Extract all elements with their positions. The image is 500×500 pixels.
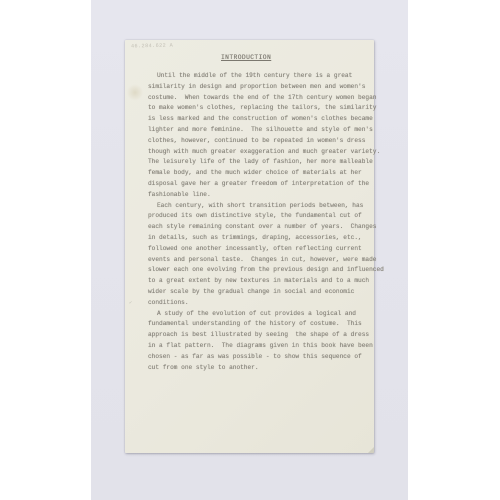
text-line: to a great extent by new textures in mat…: [148, 276, 374, 287]
screenshot-root: 46.284.622 A INTRODUCTION Until the midd…: [0, 0, 500, 500]
text-line: The leisurely life of the lady of fashio…: [148, 157, 374, 168]
document-page: 46.284.622 A INTRODUCTION Until the midd…: [125, 40, 374, 453]
text-line: though with much greater exaggeration an…: [148, 147, 374, 158]
text-line: approach is best illustrated by seeing t…: [148, 330, 374, 341]
text-line: in a flat pattern. The diagrams given in…: [148, 341, 374, 352]
text-line: disposal gave her a greater freedom of i…: [148, 179, 374, 190]
paragraph-1: Until the middle of the 19th century the…: [148, 71, 374, 201]
text-line: Each century, with short transition peri…: [148, 201, 374, 212]
text-line: Until the middle of the 19th century the…: [148, 71, 374, 82]
text-line: similarity in design and proportion betw…: [148, 82, 374, 93]
text-line: A study of the evolution of cut provides…: [148, 309, 374, 320]
text-line: slower each one evolving from the previo…: [148, 265, 374, 276]
page-title: INTRODUCTION: [221, 54, 271, 61]
paragraph-3: A study of the evolution of cut provides…: [148, 309, 374, 374]
text-line: cut from one style to another.: [148, 363, 374, 374]
text-line: each style remaining constant over a num…: [148, 222, 374, 233]
corner-fold: [368, 447, 374, 453]
document-body: Until the middle of the 19th century the…: [148, 71, 374, 373]
text-line: wider scale by the gradual change in soc…: [148, 287, 374, 298]
text-line: in details, such as trimmings, draping, …: [148, 233, 374, 244]
text-line: clothes, however, continued to be repeat…: [148, 136, 374, 147]
paper-stain: [127, 84, 143, 101]
text-line: conditions.: [148, 298, 374, 309]
text-line: costume. When towards the end of the 17t…: [148, 93, 374, 104]
text-line: chosen - as far as was possible - to sho…: [148, 352, 374, 363]
paragraph-2: Each century, with short transition peri…: [148, 201, 374, 309]
text-line: followed one another incessantly, often …: [148, 244, 374, 255]
text-line: is less marked and the construction of w…: [148, 114, 374, 125]
text-line: fashionable line.: [148, 190, 374, 201]
pencil-tick: ✓: [129, 300, 133, 306]
text-line: fundamental understanding of the history…: [148, 319, 374, 330]
text-line: events and personal taste. Changes in cu…: [148, 255, 374, 266]
text-line: lighter and more feminine. The silhouett…: [148, 125, 374, 136]
text-line: to make women's clothes, replacing the t…: [148, 103, 374, 114]
pencil-inscription: 46.284.622 A: [131, 43, 173, 50]
photo-background: 46.284.622 A INTRODUCTION Until the midd…: [91, 0, 408, 500]
text-line: female body, and the much wider choice o…: [148, 168, 374, 179]
text-line: produced its own distinctive style, the …: [148, 211, 374, 222]
